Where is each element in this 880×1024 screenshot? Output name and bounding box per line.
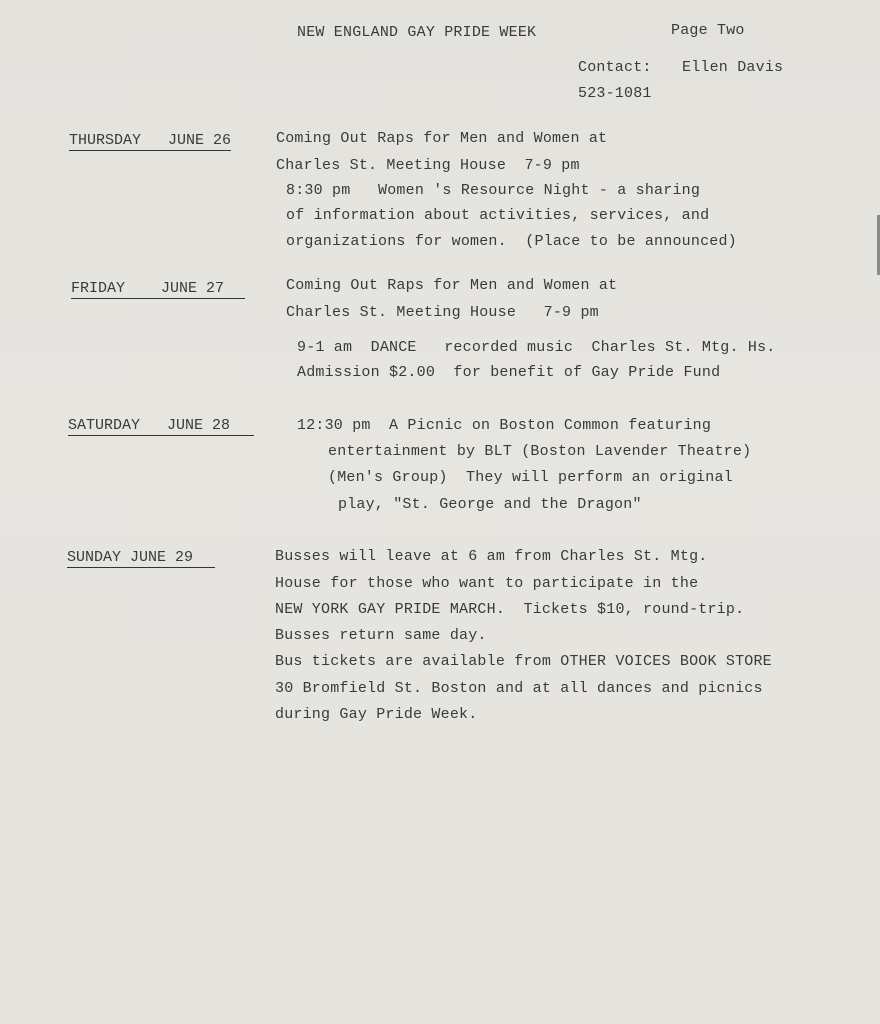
event-line: Coming Out Raps for Men and Women at (286, 277, 617, 294)
contact-label: Contact: (578, 59, 652, 76)
event-line: play, "St. George and the Dragon" (338, 496, 642, 513)
day-heading-thursday: THURSDAY JUNE 26 (69, 132, 231, 151)
event-line: 12:30 pm A Picnic on Boston Common featu… (297, 417, 711, 434)
event-line: during Gay Pride Week. (275, 706, 477, 723)
event-line: entertainment by BLT (Boston Lavender Th… (328, 443, 751, 460)
event-line: NEW YORK GAY PRIDE MARCH. Tickets $10, r… (275, 601, 744, 618)
contact-name: Ellen Davis (682, 59, 783, 76)
day-heading-friday: FRIDAY JUNE 27 (71, 280, 245, 299)
event-line: Admission $2.00 for benefit of Gay Pride… (297, 364, 720, 381)
event-line: 8:30 pm Women 's Resource Night - a shar… (286, 182, 700, 199)
event-line: of information about activities, service… (286, 207, 709, 224)
document-page: NEW ENGLAND GAY PRIDE WEEK Page Two Cont… (0, 0, 880, 1024)
event-line: organizations for women. (Place to be an… (286, 233, 737, 250)
event-line: Coming Out Raps for Men and Women at (276, 130, 607, 147)
event-line: 9-1 am DANCE recorded music Charles St. … (297, 339, 775, 356)
event-line: Charles St. Meeting House 7-9 pm (276, 157, 580, 174)
event-line: Bus tickets are available from OTHER VOI… (275, 653, 772, 670)
event-line: (Men's Group) They will perform an origi… (328, 469, 733, 486)
day-heading-sunday: SUNDAY JUNE 29 (67, 549, 215, 568)
event-line: Charles St. Meeting House 7-9 pm (286, 304, 599, 321)
event-line: House for those who want to participate … (275, 575, 698, 592)
event-line: Busses return same day. (275, 627, 487, 644)
document-title: NEW ENGLAND GAY PRIDE WEEK (297, 24, 536, 41)
event-line: Busses will leave at 6 am from Charles S… (275, 548, 707, 565)
event-line: 30 Bromfield St. Boston and at all dance… (275, 680, 763, 697)
page-number: Page Two (671, 22, 745, 39)
contact-phone: 523-1081 (578, 85, 652, 102)
day-heading-saturday: SATURDAY JUNE 28 (68, 417, 254, 436)
